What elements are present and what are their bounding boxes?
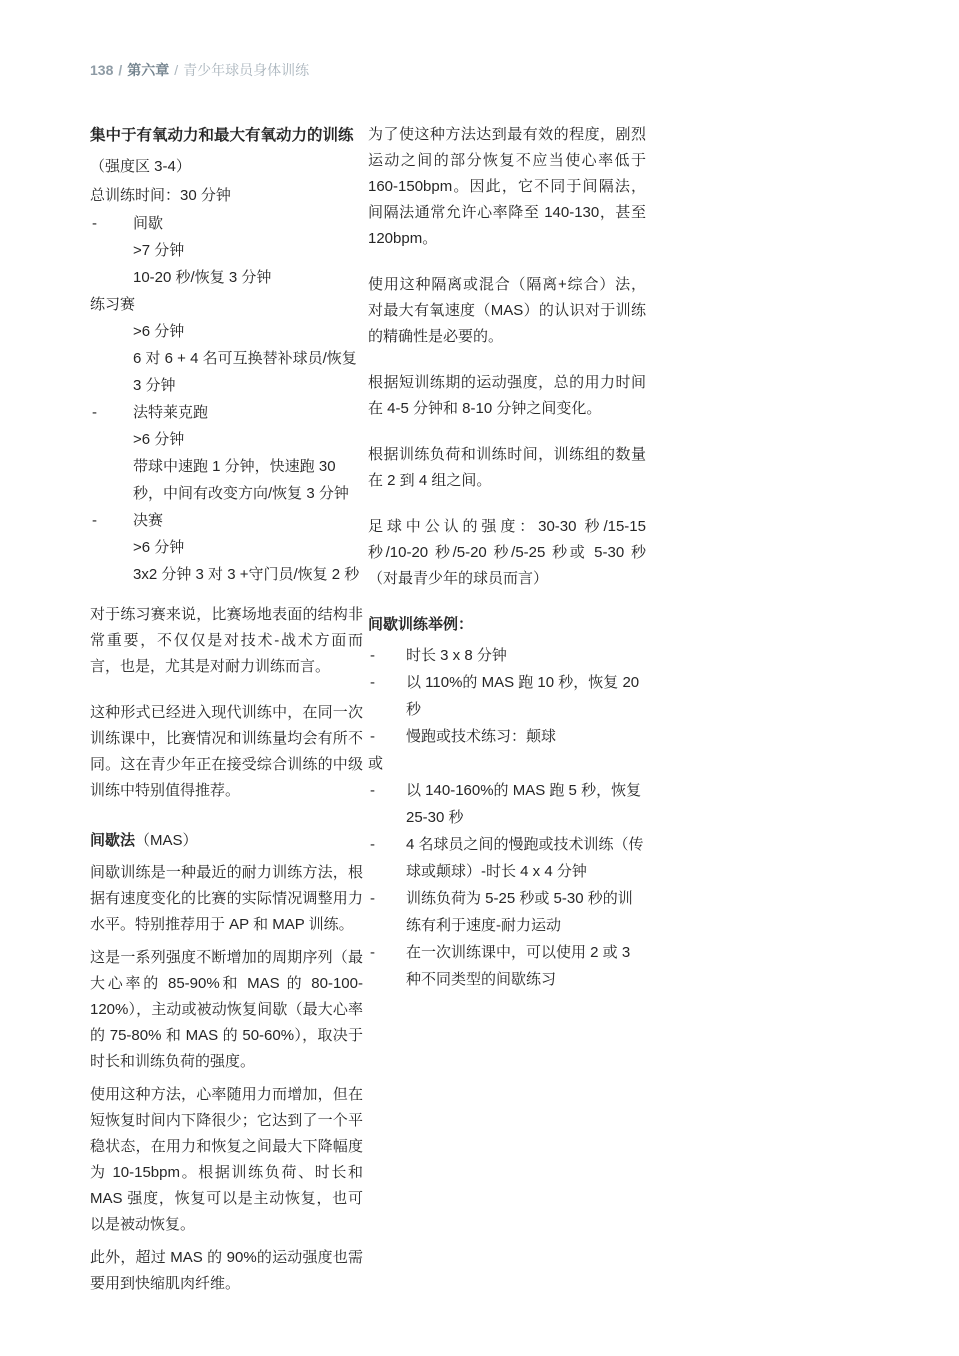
list-item-text: 法特莱克跑 — [133, 404, 208, 421]
list-item: - 时长 3 x 8 分钟 — [368, 642, 646, 669]
list-item: - 决赛 — [90, 507, 363, 534]
mas-subheading-rest: （MAS） — [135, 832, 198, 849]
chapter-label: 第六章 — [127, 62, 169, 78]
mas-subheading-bold: 间歇法 — [90, 832, 135, 849]
dash-bullet: - — [370, 642, 375, 669]
list-item: - >6 分钟 — [90, 534, 363, 561]
paragraph: 使用这种隔离或混合（隔离+综合）法，对最大有氧速度（MAS）的认识对于训练的精确… — [368, 272, 646, 350]
document-page: 138/第六章/青少年球员身体训练 集中于有氧动力和最大有氧动力的训练 （强度区… — [0, 0, 959, 1356]
list-item-text: 以 110%的 MAS 跑 10 秒，恢复 20 秒 — [406, 674, 639, 718]
list-item-text: 间歇 — [133, 215, 163, 232]
dash-bullet: - — [370, 723, 375, 750]
paragraph: 根据训练负荷和训练时间，训练组的数量在 2 到 4 组之间。 — [368, 442, 646, 494]
dash-bullet: - — [370, 885, 375, 912]
list-item: - 3x2 分钟 3 对 3 +守门员/恢复 2 秒 — [90, 561, 363, 588]
list-item-text: 3x2 分钟 3 对 3 +守门员/恢复 2 秒 — [133, 566, 359, 583]
mas-subheading: 间歇法（MAS） — [90, 828, 363, 854]
paragraph: 对于练习赛来说，比赛场地表面的结构非常重要，不仅仅是对技术-战术方面而言，也是，… — [90, 602, 363, 680]
intensity-zone-line: （强度区 3-4） — [90, 152, 363, 181]
dash-bullet: - — [370, 777, 375, 804]
list-item: - 训练负荷为 5-25 秒或 5-30 秒的训练有利于速度-耐力运动 — [368, 885, 646, 939]
list-item-text: 以 140-160%的 MAS 跑 5 秒，恢复 25-30 秒 — [406, 782, 641, 826]
paragraph: 间歇训练是一种最近的耐力训练方法，根据有速度变化的比赛的实际情况调整用力水平。特… — [90, 860, 363, 938]
list-item: - 练习赛 — [90, 291, 363, 318]
paragraph: 此外，超过 MAS 的 90%的运动强度也需要用到快缩肌肉纤维。 — [90, 1245, 363, 1297]
dash-bullet: - — [370, 939, 375, 966]
list-item: - 间歇 — [90, 210, 363, 237]
paragraph: 这是一系列强度不断增加的周期序列（最大心率的 85-90%和 MAS 的 80-… — [90, 945, 363, 1075]
list-item-text: 6 对 6 + 4 名可互换替补球员/恢复 3 分钟 — [133, 350, 357, 394]
list-item-text: 带球中速跑 1 分钟，快速跑 30 秒，中间有改变方向/恢复 3 分钟 — [133, 458, 349, 502]
page-number: 138 — [90, 62, 113, 78]
list-item: - >6 分钟 — [90, 318, 363, 345]
dash-bullet: - — [370, 831, 375, 858]
list-item: - >7 分钟 — [90, 237, 363, 264]
list-item-text: 练习赛 — [90, 296, 135, 313]
list-item: - 6 对 6 + 4 名可互换替补球员/恢复 3 分钟 — [90, 345, 363, 399]
interval-examples-subheading: 间歇训练举例： — [368, 612, 646, 638]
page-header: 138/第六章/青少年球员身体训练 — [90, 60, 309, 80]
chapter-title: 青少年球员身体训练 — [183, 62, 309, 78]
dash-bullet: - — [370, 669, 375, 696]
training-methods-list: - 间歇 - >7 分钟 - 10-20 秒/恢复 3 分钟 - 练习赛 - >… — [90, 210, 363, 588]
header-separator: / — [118, 62, 122, 78]
paragraph: 根据短训练期的运动强度，总的用力时间在 4-5 分钟和 8-10 分钟之间变化。 — [368, 370, 646, 422]
list-item-text: 在一次训练课中，可以使用 2 或 3 种不同类型的间歇练习 — [406, 944, 630, 988]
list-item-text: >6 分钟 — [133, 323, 184, 340]
dash-bullet: - — [92, 507, 97, 534]
paragraph: 使用这种方法，心率随用力而增加，但在短恢复时间内下降很少；它达到了一个平稳状态，… — [90, 1082, 363, 1238]
list-item: - 以 110%的 MAS 跑 10 秒，恢复 20 秒 — [368, 669, 646, 723]
list-item: - 以 140-160%的 MAS 跑 5 秒，恢复 25-30 秒 — [368, 777, 646, 831]
paragraph: 这种形式已经进入现代训练中，在同一次训练课中，比赛情况和训练量均会有所不同。这在… — [90, 700, 363, 804]
left-column: 集中于有氧动力和最大有氧动力的训练 （强度区 3-4） 总训练时间：30 分钟 … — [90, 122, 363, 1304]
list-item-text: 训练负荷为 5-25 秒或 5-30 秒的训练有利于速度-耐力运动 — [406, 890, 633, 934]
list-item: - >6 分钟 — [90, 426, 363, 453]
header-separator: / — [174, 62, 178, 78]
list-item-text: 或 — [368, 755, 383, 772]
list-item: - 带球中速跑 1 分钟，快速跑 30 秒，中间有改变方向/恢复 3 分钟 — [90, 453, 363, 507]
list-item-text: 决赛 — [133, 512, 163, 529]
dash-bullet: - — [92, 399, 97, 426]
list-item: - 4 名球员之间的慢跑或技术训练（传球或颠球）-时长 4 x 4 分钟 — [368, 831, 646, 885]
paragraph: 足球中公认的强度：30-30 秒/15-15 秒/10-20 秒/5-20 秒/… — [368, 514, 646, 592]
list-item-text: 10-20 秒/恢复 3 分钟 — [133, 269, 271, 286]
section-heading: 集中于有氧动力和最大有氧动力的训练 — [90, 122, 363, 149]
paragraph: 为了使这种方法达到最有效的程度，剧烈运动之间的部分恢复不应当使心率低于 160-… — [368, 122, 646, 252]
list-item-text: >6 分钟 — [133, 431, 184, 448]
list-item: - 慢跑或技术练习：颠球 — [368, 723, 646, 750]
list-item-text: >7 分钟 — [133, 242, 184, 259]
right-column: 为了使这种方法达到最有效的程度，剧烈运动之间的部分恢复不应当使心率低于 160-… — [368, 122, 646, 1007]
interval-examples-list: - 时长 3 x 8 分钟 - 以 110%的 MAS 跑 10 秒，恢复 20… — [368, 642, 646, 993]
list-item-text: 慢跑或技术练习：颠球 — [406, 728, 556, 745]
list-item: - 10-20 秒/恢复 3 分钟 — [90, 264, 363, 291]
list-item-text: 4 名球员之间的慢跑或技术训练（传球或颠球）-时长 4 x 4 分钟 — [406, 836, 644, 880]
list-item: - 或 — [368, 750, 646, 777]
list-item-text: 时长 3 x 8 分钟 — [406, 647, 507, 664]
paragraph-group-b: 间歇训练是一种最近的耐力训练方法，根据有速度变化的比赛的实际情况调整用力水平。特… — [90, 860, 363, 1297]
right-paragraphs: 为了使这种方法达到最有效的程度，剧烈运动之间的部分恢复不应当使心率低于 160-… — [368, 122, 646, 592]
total-time-line: 总训练时间：30 分钟 — [90, 181, 363, 210]
paragraph-group-a: 对于练习赛来说，比赛场地表面的结构非常重要，不仅仅是对技术-战术方面而言，也是，… — [90, 602, 363, 804]
dash-bullet: - — [92, 210, 97, 237]
list-item-text: >6 分钟 — [133, 539, 184, 556]
list-item: - 法特莱克跑 — [90, 399, 363, 426]
list-item: - 在一次训练课中，可以使用 2 或 3 种不同类型的间歇练习 — [368, 939, 646, 993]
